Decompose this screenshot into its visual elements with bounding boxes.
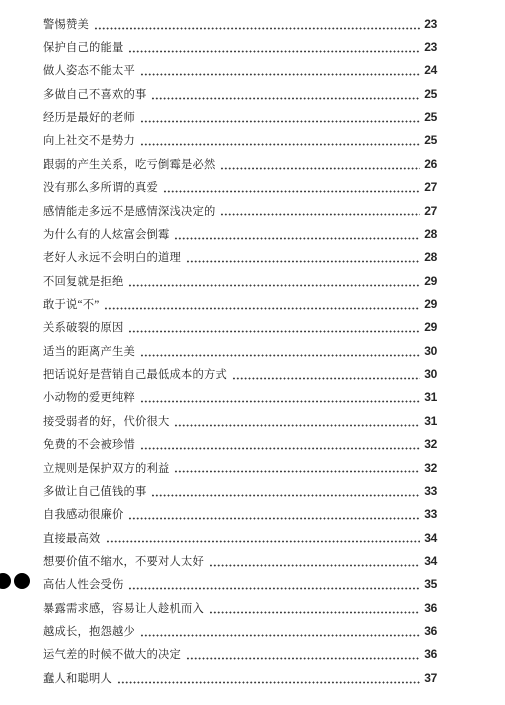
toc-entry-title: 关系破裂的原因 — [43, 319, 123, 335]
dot-leader — [94, 27, 420, 30]
toc-entry-title: 免费的不会被珍惜 — [43, 436, 135, 452]
toc-entry-row: 直接最高效 34 — [43, 526, 437, 549]
toc-entry-page-number: 37 — [423, 671, 437, 685]
toc-entry-row: 高估人性会受伤 35 — [43, 573, 437, 596]
dot-leader — [104, 307, 420, 310]
toc-entry-title: 为什么有的人炫富会倒霉 — [43, 226, 169, 242]
toc-entry-page-number: 36 — [423, 601, 437, 615]
toc-entry-page-number: 32 — [423, 461, 437, 475]
toc-entry-title: 感情能走多远不是感情深浅决定的 — [43, 203, 215, 219]
toc-entry-page-number: 33 — [423, 507, 437, 521]
scan-hole-punch-dot-left — [0, 573, 11, 589]
toc-entry-row: 不回复就是拒绝 29 — [43, 269, 437, 292]
dot-leader — [174, 424, 420, 427]
toc-entry-row: 经历是最好的老师 25 — [43, 105, 437, 128]
toc-entry-row: 免费的不会被珍惜 32 — [43, 432, 437, 455]
toc-entry-title: 想要价值不缩水，不要对人太好 — [43, 553, 204, 569]
toc-entry-page-number: 28 — [423, 250, 437, 264]
toc-entry-page-number: 33 — [423, 484, 437, 498]
dot-leader — [140, 634, 420, 637]
toc-entry-page-number: 34 — [423, 531, 437, 545]
toc-entry-page-number: 35 — [423, 577, 437, 591]
toc-entry-row: 多做让自己值钱的事 33 — [43, 479, 437, 502]
dot-leader — [151, 97, 420, 100]
toc-entry-page-number: 29 — [423, 297, 437, 311]
toc-entry-row: 跟弱的产生关系，吃亏倒霉是必然 26 — [43, 152, 437, 175]
toc-entry-title: 多做让自己值钱的事 — [43, 483, 146, 499]
toc-entry-row: 运气差的时候不做大的决定 36 — [43, 643, 437, 666]
toc-entry-title: 保护自己的能量 — [43, 39, 123, 55]
toc-entry-row: 立规则是保护双方的利益 32 — [43, 456, 437, 479]
toc-entry-page-number: 25 — [423, 110, 437, 124]
dot-leader — [140, 400, 420, 403]
toc-entry-page-number: 25 — [423, 133, 437, 147]
dot-leader — [128, 330, 420, 333]
toc-entry-row: 保护自己的能量 23 — [43, 35, 437, 58]
toc-entry-page-number: 29 — [423, 320, 437, 334]
dot-leader — [209, 611, 420, 614]
dot-leader — [140, 73, 420, 76]
dot-leader — [186, 260, 420, 263]
dot-leader — [128, 517, 420, 520]
toc-entry-title: 向上社交不是势力 — [43, 132, 135, 148]
toc-entry-title: 经历是最好的老师 — [43, 109, 135, 125]
dot-leader — [140, 120, 420, 123]
scan-hole-punch-dot-right — [14, 573, 30, 589]
toc-entry-row: 多做自己不喜欢的事 25 — [43, 82, 437, 105]
toc-entry-page-number: 30 — [423, 367, 437, 381]
toc-entry-title: 小动物的爱更纯粹 — [43, 389, 135, 405]
toc-entry-row: 为什么有的人炫富会倒霉 28 — [43, 222, 437, 245]
dot-leader — [128, 50, 420, 53]
dot-leader — [128, 587, 420, 590]
toc-entry-title: 越成长，抱怨越少 — [43, 623, 135, 639]
toc-entry-row: 蠢人和聪明人 37 — [43, 666, 437, 689]
toc-entry-row: 警惕赞美 23 — [43, 12, 437, 35]
toc-entry-row: 自我感动很廉价 33 — [43, 503, 437, 526]
toc-entry-page-number: 31 — [423, 414, 437, 428]
dot-leader — [232, 377, 420, 380]
toc-entry-row: 越成长，抱怨越少 36 — [43, 619, 437, 642]
toc-entry-title: 蠢人和聪明人 — [43, 670, 112, 686]
dot-leader — [106, 540, 421, 543]
toc-entry-page-number: 23 — [423, 17, 437, 31]
toc-entry-row: 适当的距离产生美 30 — [43, 339, 437, 362]
toc-entry-page-number: 26 — [423, 157, 437, 171]
toc-entry-title: 接受弱者的好，代价很大 — [43, 413, 169, 429]
toc-entry-title: 没有那么多所谓的真爱 — [43, 179, 158, 195]
dot-leader — [174, 237, 420, 240]
toc-entry-page-number: 24 — [423, 63, 437, 77]
toc-entry-row: 关系破裂的原因 29 — [43, 316, 437, 339]
toc-entry-page-number: 32 — [423, 437, 437, 451]
table-of-contents: 警惕赞美 23 保护自己的能量 23 做人姿态不能太平 24 多做自己不喜欢的事… — [43, 12, 437, 689]
toc-entry-page-number: 36 — [423, 624, 437, 638]
toc-entry-page-number: 29 — [423, 274, 437, 288]
dot-leader — [220, 213, 420, 216]
toc-entry-page-number: 30 — [423, 344, 437, 358]
toc-entry-row: 小动物的爱更纯粹 31 — [43, 386, 437, 409]
toc-entry-page-number: 36 — [423, 647, 437, 661]
toc-entry-title: 老好人永远不会明白的道理 — [43, 249, 181, 265]
dot-leader — [220, 167, 420, 170]
toc-entry-page-number: 23 — [423, 40, 437, 54]
dot-leader — [128, 284, 420, 287]
toc-entry-title: 做人姿态不能太平 — [43, 62, 135, 78]
toc-entry-title: 自我感动很廉价 — [43, 506, 123, 522]
dot-leader — [163, 190, 420, 193]
toc-entry-title: 暴露需求感，容易让人趁机而入 — [43, 600, 204, 616]
toc-entry-page-number: 28 — [423, 227, 437, 241]
toc-entry-title: 跟弱的产生关系，吃亏倒霉是必然 — [43, 156, 215, 172]
toc-entry-title: 直接最高效 — [43, 530, 101, 546]
dot-leader — [209, 564, 420, 567]
toc-entry-title: 立规则是保护双方的利益 — [43, 460, 169, 476]
toc-entry-row: 接受弱者的好，代价很大 31 — [43, 409, 437, 432]
toc-entry-title: 运气差的时候不做大的决定 — [43, 646, 181, 662]
toc-entry-page-number: 27 — [423, 180, 437, 194]
toc-entry-row: 暴露需求感，容易让人趁机而入 36 — [43, 596, 437, 619]
toc-entry-title: 警惕赞美 — [43, 16, 89, 32]
dot-leader — [140, 447, 420, 450]
dot-leader — [140, 143, 420, 146]
dot-leader — [117, 681, 420, 684]
toc-entry-title: 适当的距离产生美 — [43, 343, 135, 359]
dot-leader — [140, 354, 420, 357]
toc-entry-row: 向上社交不是势力 25 — [43, 129, 437, 152]
dot-leader — [151, 494, 420, 497]
document-page: 警惕赞美 23 保护自己的能量 23 做人姿态不能太平 24 多做自己不喜欢的事… — [0, 0, 505, 705]
dot-leader — [186, 657, 420, 660]
toc-entry-page-number: 31 — [423, 390, 437, 404]
toc-entry-row: 老好人永远不会明白的道理 28 — [43, 246, 437, 269]
toc-entry-page-number: 25 — [423, 87, 437, 101]
toc-entry-title: 敢于说“不” — [43, 296, 99, 312]
toc-entry-title: 高估人性会受伤 — [43, 576, 123, 592]
toc-entry-row: 把话说好是营销自己最低成本的方式 30 — [43, 362, 437, 385]
toc-entry-row: 做人姿态不能太平 24 — [43, 59, 437, 82]
toc-entry-row: 想要价值不缩水，不要对人太好 34 — [43, 549, 437, 572]
toc-entry-title: 不回复就是拒绝 — [43, 273, 123, 289]
toc-entry-row: 没有那么多所谓的真爱 27 — [43, 176, 437, 199]
toc-entry-title: 多做自己不喜欢的事 — [43, 86, 146, 102]
toc-entry-page-number: 34 — [423, 554, 437, 568]
toc-entry-title: 把话说好是营销自己最低成本的方式 — [43, 366, 227, 382]
toc-entry-page-number: 27 — [423, 204, 437, 218]
toc-entry-row: 敢于说“不” 29 — [43, 292, 437, 315]
toc-entry-row: 感情能走多远不是感情深浅决定的 27 — [43, 199, 437, 222]
dot-leader — [174, 470, 420, 473]
